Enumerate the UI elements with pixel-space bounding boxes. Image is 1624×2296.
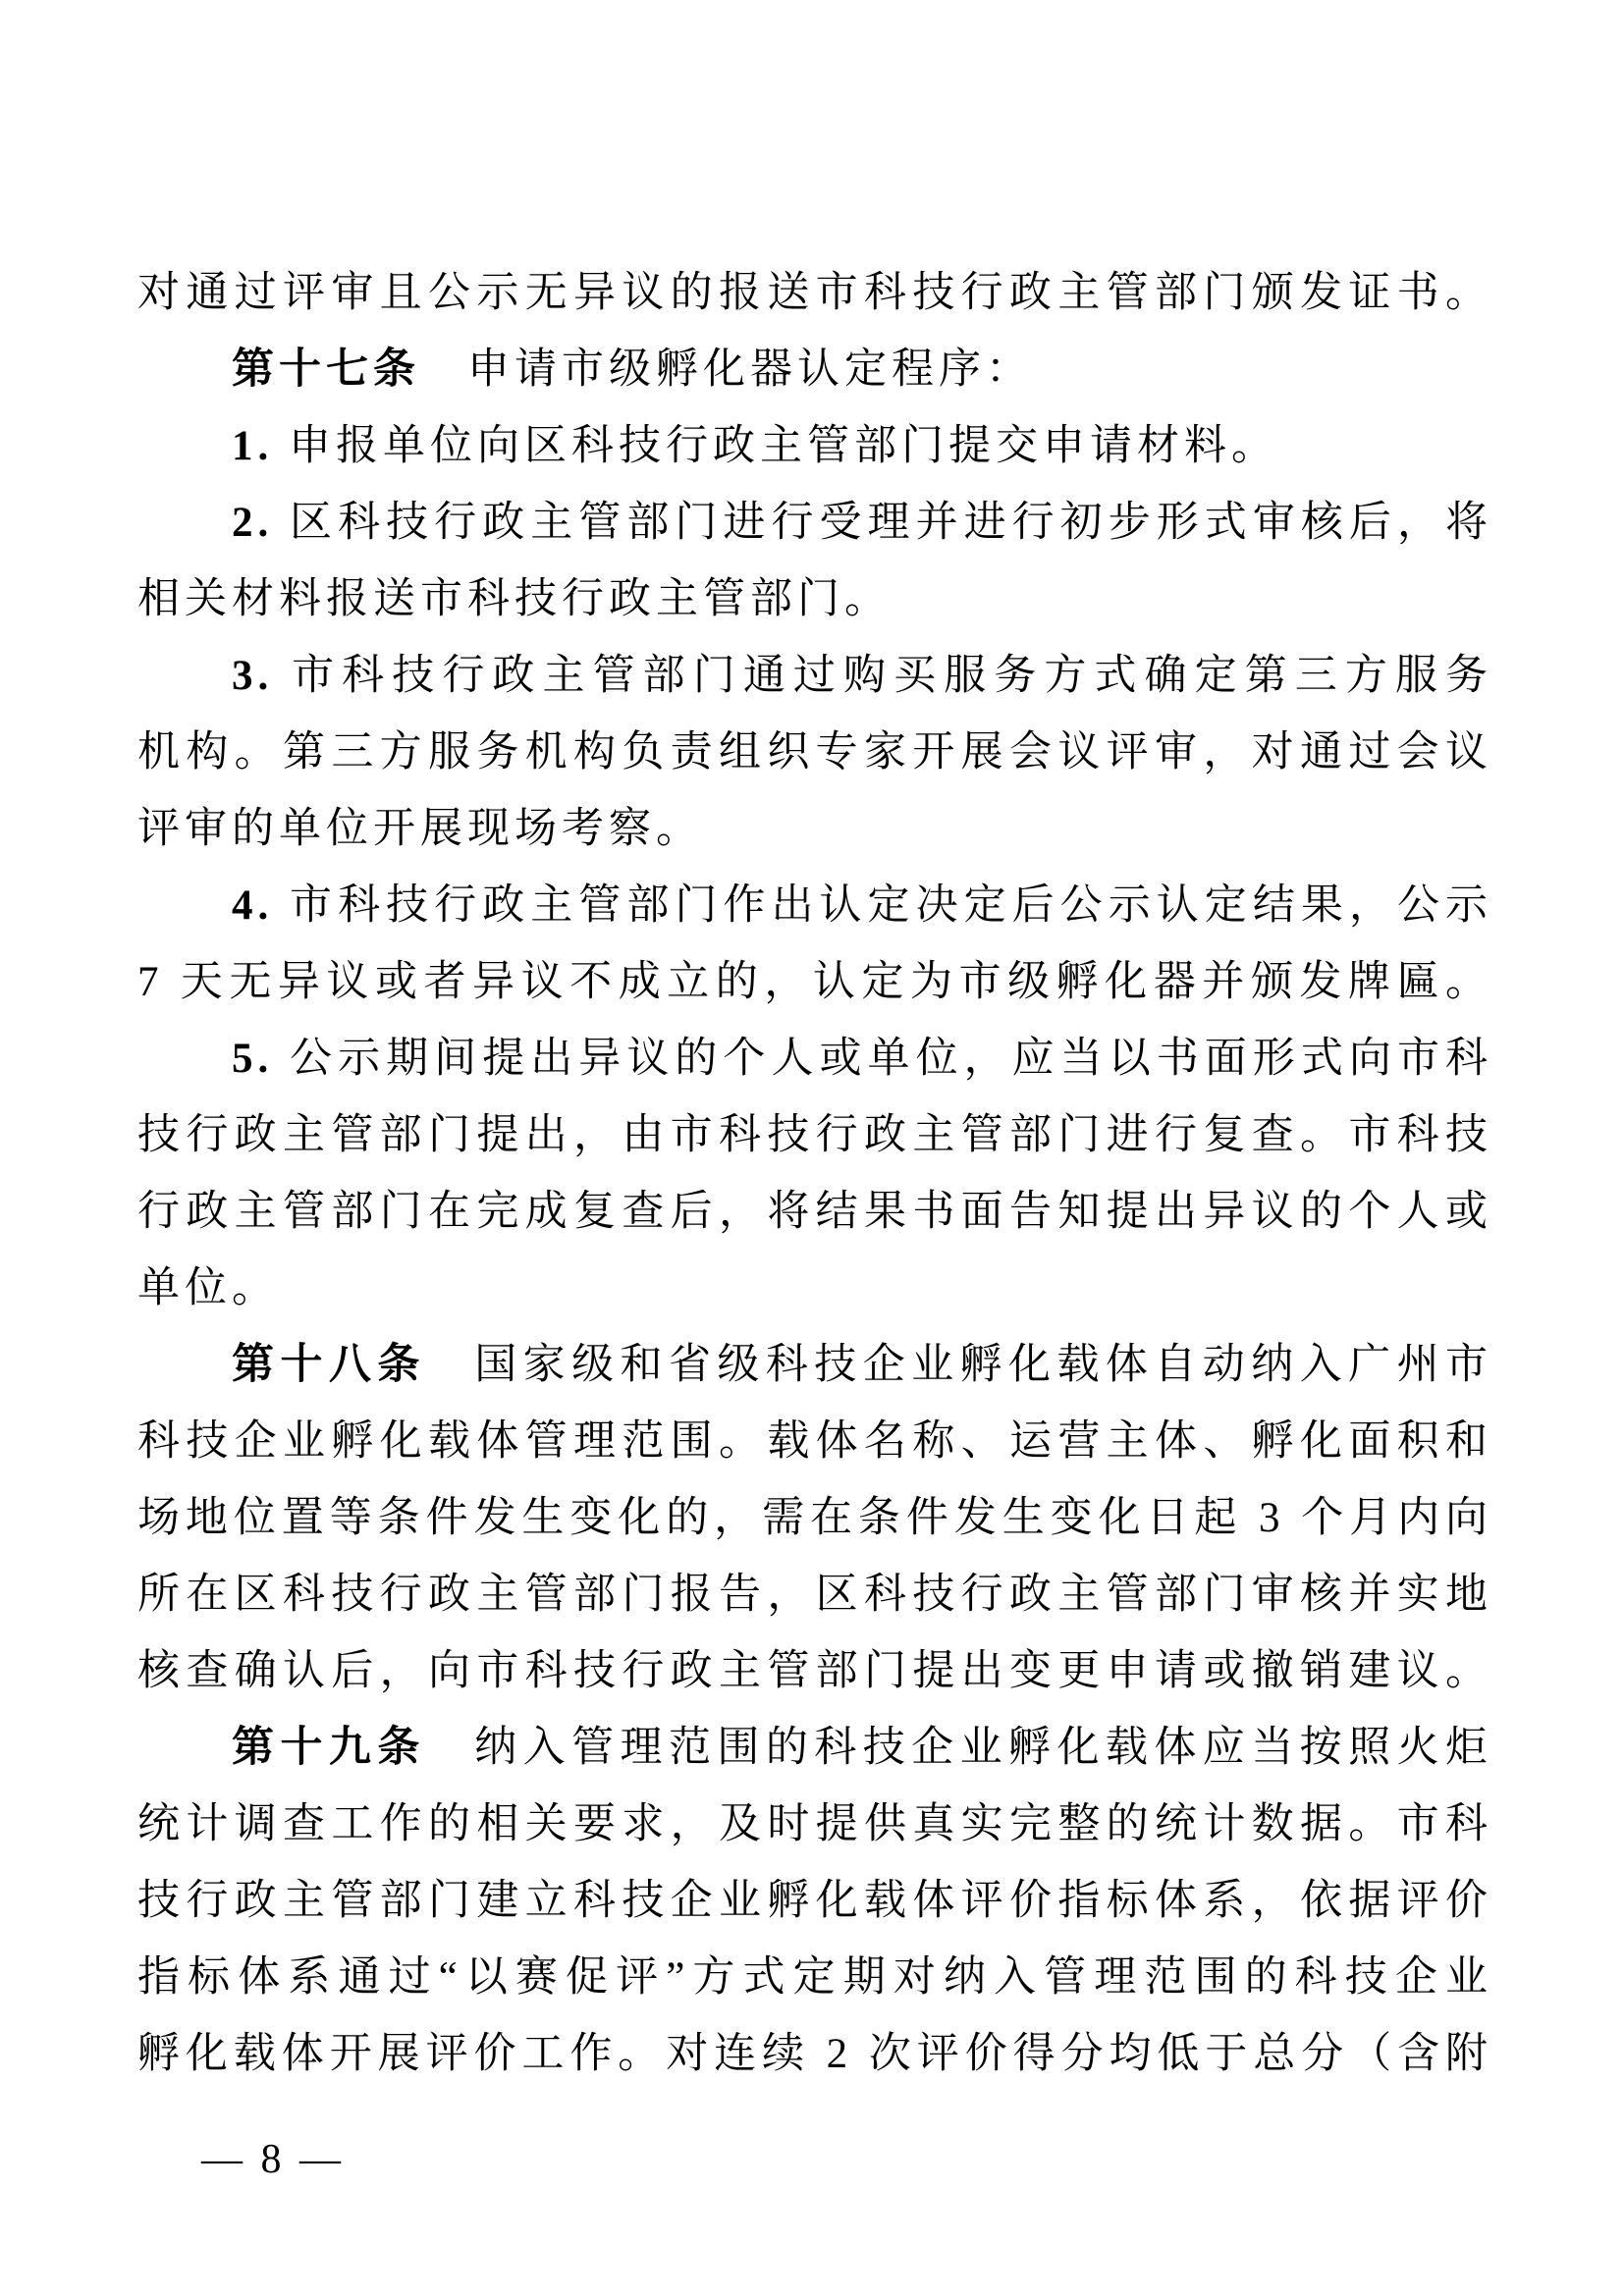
text-line: 机构。第三方服务机构负责组织专家开展会议评审，对通过会议 [137,715,1492,791]
body-text: 申报单位向区科技行政主管部门提交申请材料。 [289,423,1278,469]
body-text: 区科技行政主管部门进行受理并进行初步形式审核后，将 [290,500,1492,546]
text-line: 技行政主管部门建立科技企业孵化载体评价指标体系，依据评价 [137,1863,1492,1940]
text-line: 相关材料报送市科技行政主管部门。 [137,561,1492,638]
page-number: — 8 — [201,2137,345,2182]
document-body: 对通过评审且公示无异议的报送市科技行政主管部门颁发证书。第十七条 申请市级孵化器… [137,255,1492,2093]
text-line: 科技企业孵化载体管理范围。载体名称、运营主体、孵化面积和 [137,1404,1492,1480]
emphasis-text: 5. [232,1036,290,1082]
text-line: 核查确认后，向市科技行政主管部门提出变更申请或撤销建议。 [137,1633,1492,1710]
body-text: 对通过评审且公示无异议的报送市科技行政主管部门颁发证书。 [137,270,1492,316]
body-text: 技行政主管部门建立科技企业孵化载体评价指标体系，依据评价 [137,1878,1492,1924]
body-text: 科技企业孵化载体管理范围。载体名称、运营主体、孵化面积和 [137,1418,1492,1465]
body-text: 国家级和省级科技企业孵化载体自动纳入广州市 [426,1342,1492,1388]
emphasis-text: 第十九条 [232,1725,426,1771]
emphasis-text: 3. [232,653,292,699]
body-text: 相关材料报送市科技行政主管部门。 [137,576,892,622]
text-line: 4. 市科技行政主管部门作出认定决定后公示认定结果，公示 [137,868,1492,944]
emphasis-text: 2. [232,500,290,546]
body-text: 场地位置等条件发生变化的，需在条件发生变化日起 3 个月内向 [137,1495,1492,1541]
body-text: 市科技行政主管部门通过购买服务方式确定第三方服务 [292,653,1492,699]
text-line: 评审的单位开展现场考察。 [137,791,1492,868]
text-line: 所在区科技行政主管部门报告，区科技行政主管部门审核并实地 [137,1557,1492,1633]
text-line: 场地位置等条件发生变化的，需在条件发生变化日起 3 个月内向 [137,1480,1492,1557]
text-line: 5. 公示期间提出异议的个人或单位，应当以书面形式向市科 [137,1021,1492,1097]
text-line: 第十七条 申请市级孵化器认定程序： [137,332,1492,408]
body-text: 纳入管理范围的科技企业孵化载体应当按照火炬 [426,1725,1492,1771]
body-text: 申请市级孵化器认定程序： [420,347,1033,393]
body-text: 评审的单位开展现场考察。 [137,806,703,852]
text-line: 第十八条 国家级和省级科技企业孵化载体自动纳入广州市 [137,1327,1492,1404]
body-text: 单位。 [137,1265,279,1311]
document-page: 对通过评审且公示无异议的报送市科技行政主管部门颁发证书。第十七条 申请市级孵化器… [0,0,1624,2296]
text-line: 行政主管部门在完成复查后，将结果书面告知提出异议的个人或 [137,1174,1492,1251]
body-text: 行政主管部门在完成复查后，将结果书面告知提出异议的个人或 [137,1189,1492,1235]
body-text: 孵化载体开展评价工作。对连续 2 次评价得分均低于总分（含附 [137,2031,1492,2077]
body-text: 公示期间提出异议的个人或单位，应当以书面形式向市科 [290,1036,1492,1082]
body-text: 统计调查工作的相关要求，及时提供真实完整的统计数据。市科 [137,1801,1492,1847]
text-line: 指标体系通过“以赛促评”方式定期对纳入管理范围的科技企业 [137,1940,1492,2016]
body-text: 核查确认后，向市科技行政主管部门提出变更申请或撤销建议。 [137,1648,1492,1694]
emphasis-text: 第十八条 [232,1342,426,1388]
emphasis-text: 1. [232,423,289,469]
text-line: 统计调查工作的相关要求，及时提供真实完整的统计数据。市科 [137,1787,1492,1863]
text-line: 第十九条 纳入管理范围的科技企业孵化载体应当按照火炬 [137,1710,1492,1787]
body-text: 指标体系通过“以赛促评”方式定期对纳入管理范围的科技企业 [137,1954,1492,2001]
text-line: 技行政主管部门提出，由市科技行政主管部门进行复查。市科技 [137,1097,1492,1174]
text-line: 3. 市科技行政主管部门通过购买服务方式确定第三方服务 [137,638,1492,715]
text-line: 孵化载体开展评价工作。对连续 2 次评价得分均低于总分（含附 [137,2016,1492,2093]
page-footer: — 8 — [201,2130,345,2189]
text-line: 1. 申报单位向区科技行政主管部门提交申请材料。 [137,408,1492,485]
emphasis-text: 4. [232,882,290,929]
body-text: 市科技行政主管部门作出认定决定后公示认定结果，公示 [290,882,1492,929]
body-text: 机构。第三方服务机构负责组织专家开展会议评审，对通过会议 [137,729,1492,775]
text-line: 单位。 [137,1251,1492,1327]
body-text: 所在区科技行政主管部门报告，区科技行政主管部门审核并实地 [137,1572,1492,1618]
emphasis-text: 第十七条 [232,347,420,393]
body-text: 7 天无异议或者异议不成立的，认定为市级孵化器并颁发牌匾。 [137,959,1492,1005]
body-text: 技行政主管部门提出，由市科技行政主管部门进行复查。市科技 [137,1112,1492,1158]
text-line: 对通过评审且公示无异议的报送市科技行政主管部门颁发证书。 [137,255,1492,332]
text-line: 2. 区科技行政主管部门进行受理并进行初步形式审核后，将 [137,485,1492,561]
text-line: 7 天无异议或者异议不成立的，认定为市级孵化器并颁发牌匾。 [137,944,1492,1021]
